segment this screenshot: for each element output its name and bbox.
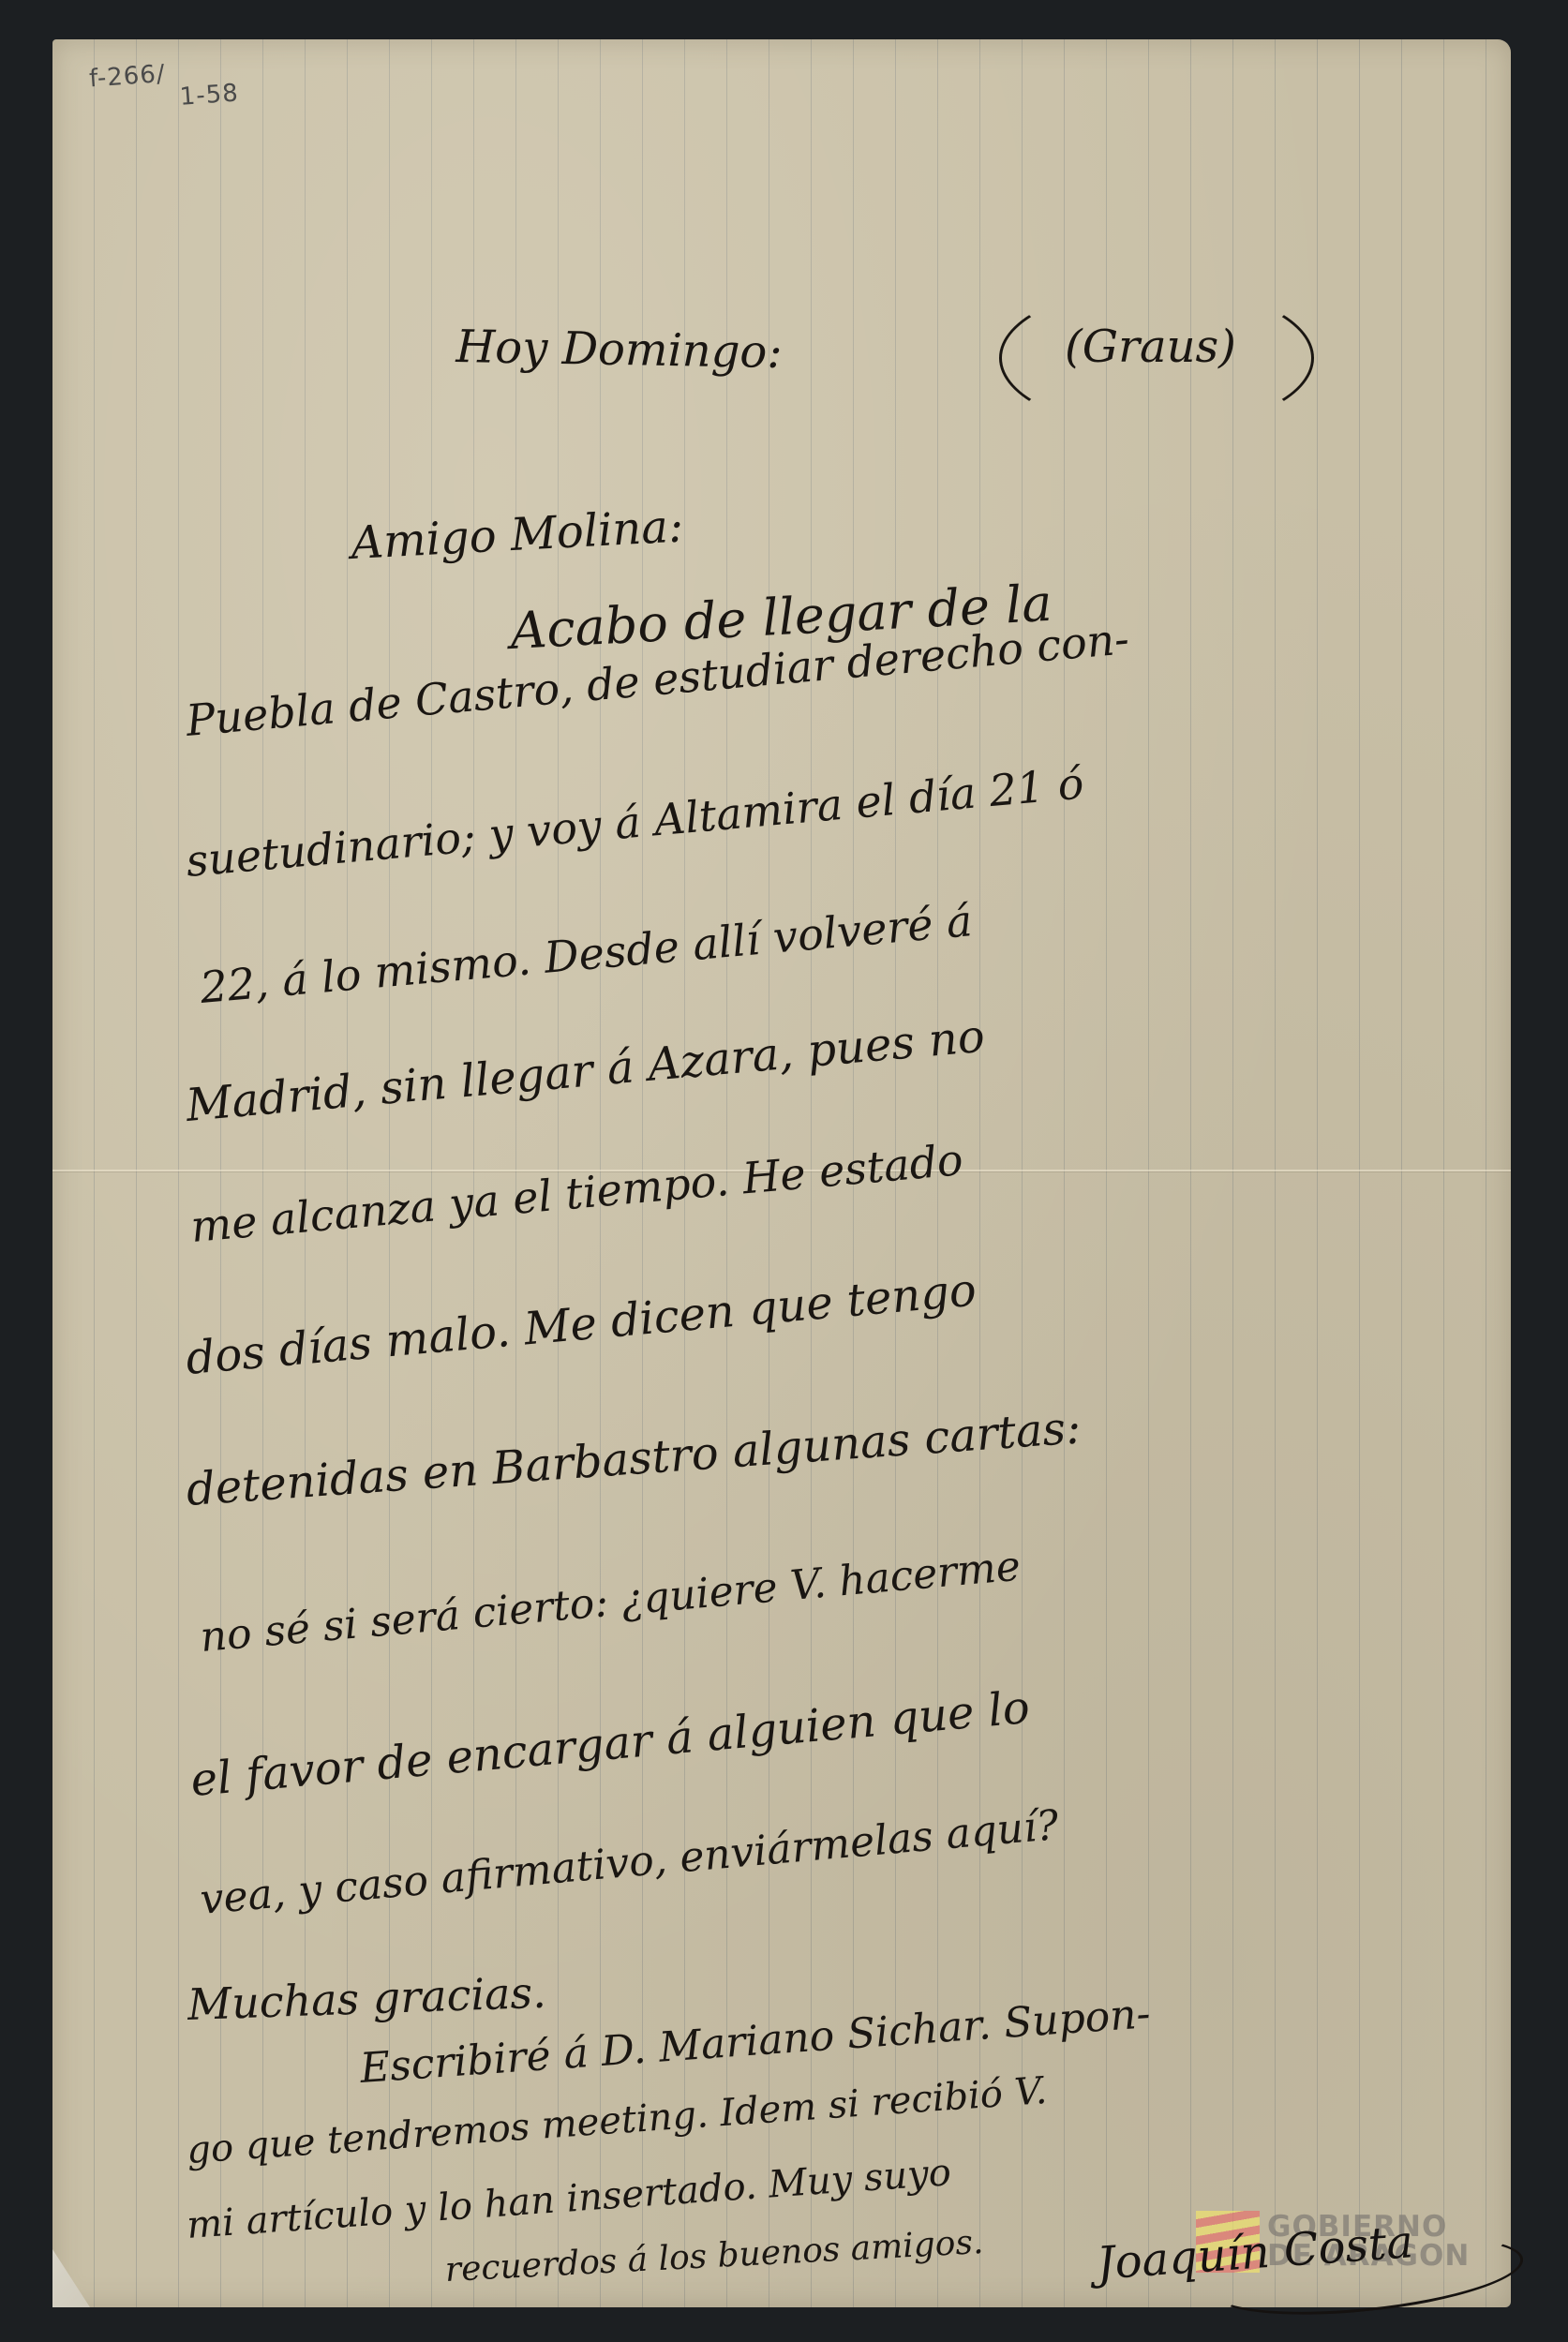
salutation: Amigo Molina: <box>350 500 684 570</box>
archive-reference: f-266/ 1-58 <box>88 55 240 118</box>
body-line: no sé si será cierto: ¿quiere V. hacerme <box>199 1543 1023 1662</box>
body-line: detenidas en Barbastro algunas cartas: <box>185 1401 1083 1516</box>
archive-ref-line1: f-266/ <box>88 60 166 94</box>
body-line: el favor de encargar á alguien que lo <box>188 1681 1032 1807</box>
body-line: dos días malo. Me dicen que tengo <box>184 1263 978 1385</box>
torn-corner <box>52 2249 90 2307</box>
body-line: 22, á lo mismo. Desde allí volveré á <box>198 895 974 1013</box>
body-line: me alcanza ya el tiempo. He estado <box>188 1134 964 1252</box>
letter-page: f-266/ 1-58 Hoy Domingo: (Graus) Amigo M… <box>52 39 1511 2307</box>
place-note: (Graus) <box>1065 321 1236 373</box>
body-line: recuerdos á los buenos amigos. <box>444 2223 984 2290</box>
archive-ref-line2: 1-58 <box>179 79 240 111</box>
body-line: Muchas gracias. <box>187 1967 546 2030</box>
body-line: vea, y caso afirmativo, enviármelas aquí… <box>199 1801 1061 1924</box>
body-line: Madrid, sin llegar á Azara, pues no <box>184 1010 987 1132</box>
date-line: Hoy Domingo: <box>455 321 783 379</box>
body-line: suetudinario; y voy á Altamira el día 21… <box>184 757 1085 887</box>
